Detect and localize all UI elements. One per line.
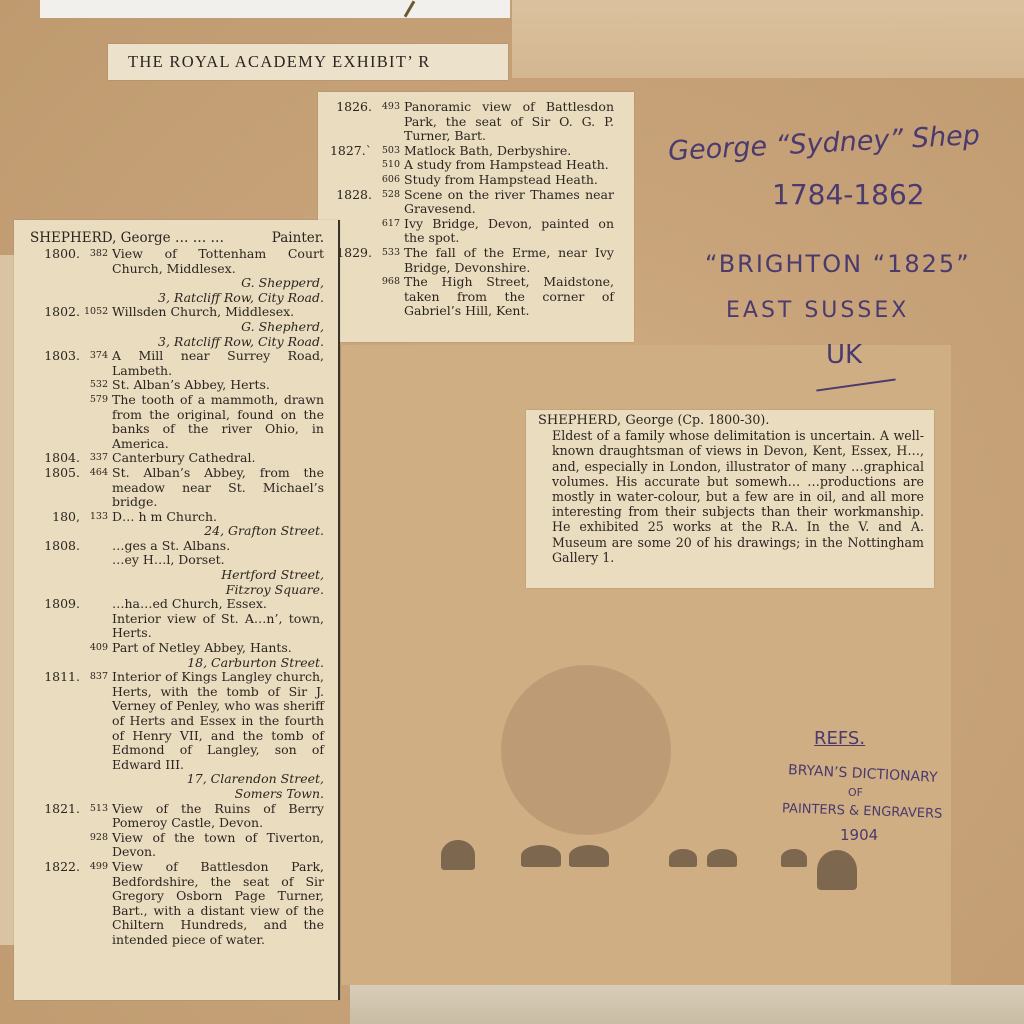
tape-strip-top [512,0,1024,78]
exhibit-title: View of the town of Tiverton, Devon. [112,831,324,860]
exhibit-entry: 606Study from Hampstead Heath. [322,173,614,188]
handwritten-refs-heading: REFS. [814,728,865,749]
exhibit-entry: 1804.337Canterbury Cathedral. [30,451,324,466]
adhesive-blot [669,849,697,867]
exhibit-number: 133 [84,510,112,525]
exhibitor-address: 3, Ratcliff Row, City Road. [30,335,324,350]
exhibit-number: 617 [376,217,404,246]
artist-role: Painter. [272,230,324,246]
exhibit-title: View of Battlesdon Park, Bedfordshire, t… [112,860,324,948]
exhibit-number: 1052 [84,305,112,320]
adhesive-blot [781,849,807,867]
exhibit-number: 579 [84,393,112,451]
address-text: 3, Ratcliff Row, City Road. [30,335,324,350]
address-text: 17, Clarendon Street, [30,772,324,787]
exhibit-entry: 1821.513View of the Ruins of Berry Pomer… [30,802,324,831]
exhibitor-address: Hertford Street, [30,568,324,583]
exhibit-title: The tooth of a mammoth, drawn from the o… [112,393,324,451]
exhibit-year: 1802. [30,305,84,320]
biography-clipping: SHEPHERD, George (Cp. 1800-30). Eldest o… [526,410,934,588]
address-text: 18, Carburton Street. [30,656,324,671]
address-text: Somers Town. [30,787,324,802]
exhibit-number: 532 [84,378,112,393]
artist-name: SHEPHERD, George … … … [30,230,224,246]
address-text: 24, Grafton Street. [30,524,324,539]
exhibit-title: …ey H…l, Dorset. [112,553,324,568]
exhibit-year [30,553,84,568]
exhibit-entry: 968The High Street, Maidstone, taken fro… [322,275,614,319]
address-text: Hertford Street, [30,568,324,583]
handwritten-life-dates: 1784-1862 [772,178,925,211]
exhibit-year: 1821. [30,802,84,831]
exhibit-number: 499 [84,860,112,948]
exhibit-entry: 579The tooth of a mammoth, drawn from th… [30,393,324,451]
exhibit-number [84,539,112,554]
exhibit-entry: 1802.1052Willsden Church, Middlesex. [30,305,324,320]
exhibit-list: 1800.382View of Tottenham Court Church, … [30,247,324,948]
exhibit-title: Panoramic view of Battlesdon Park, the s… [404,100,614,144]
exhibit-year: 1827.` [322,144,376,159]
exhibit-entry: 532St. Alban’s Abbey, Herts. [30,378,324,393]
exhibit-title: A study from Hampstead Heath. [404,158,614,173]
exhibit-title: The High Street, Maidstone, taken from t… [404,275,614,319]
exhibit-year [30,393,84,451]
exhibit-number: 606 [376,173,404,188]
exhibit-entry: 1809.…ha…ed Church, Essex. [30,597,324,612]
exhibit-entry: 1811.837Interior of Kings Langley church… [30,670,324,772]
exhibit-number: 503 [376,144,404,159]
water-stain [501,665,671,835]
exhibit-number [84,597,112,612]
handwritten-refs-year: 1904 [840,826,878,844]
exhibit-number: 464 [84,466,112,510]
bio-name: SHEPHERD, George [538,413,673,428]
exhibit-title: Scene on the river Thames near Gravesend… [404,188,614,217]
bio-dates: (Cp. 1800-30). [673,412,769,427]
exhibit-year: 1809. [30,597,84,612]
exhibitor-address: G. Shepherd, [30,320,324,335]
adhesive-blot [707,849,737,867]
exhibit-title: Willsden Church, Middlesex. [112,305,324,320]
handwritten-refs-line: OF [848,786,863,799]
exhibit-year [30,641,84,656]
address-text: G. Shepherd, [30,320,324,335]
exhibit-entry: 1829.533The fall of the Erme, near Ivy B… [322,246,614,275]
exhibit-year: 1808. [30,539,84,554]
exhibitor-address: 3, Ratcliff Row, City Road. [30,291,324,306]
bio-body: Eldest of a family whose delimitation is… [538,428,924,565]
exhibit-entry: 1826.493Panoramic view of Battlesdon Par… [322,100,614,144]
exhibit-year: 1811. [30,670,84,772]
background-wall [40,0,510,18]
exhibit-number [84,612,112,641]
exhibit-number: 928 [84,831,112,860]
exhibit-number: 528 [376,188,404,217]
handwritten-country: UK [826,340,862,370]
exhibit-number: 533 [376,246,404,275]
exhibit-number: 493 [376,100,404,144]
exhibit-title: Canterbury Cathedral. [112,451,324,466]
exhibit-year: 1822. [30,860,84,948]
exhibit-title: …ha…ed Church, Essex. [112,597,324,612]
exhibitor-address: 24, Grafton Street. [30,524,324,539]
exhibit-title: View of Tottenham Court Church, Middlese… [112,247,324,276]
address-text: G. Shepperd, [30,276,324,291]
exhibit-entry: 1827.`503Matlock Bath, Derbyshire. [322,144,614,159]
exhibit-number: 837 [84,670,112,772]
exhibit-number: 337 [84,451,112,466]
clipping-title: THE ROYAL ACADEMY EXHIBIT’ R [128,52,431,72]
exhibitor-address: 18, Carburton Street. [30,656,324,671]
exhibit-title: Interior of Kings Langley church, Herts,… [112,670,324,772]
exhibitor-address: Fitzroy Square. [30,583,324,598]
exhibit-year: 180, [30,510,84,525]
exhibit-number: 510 [376,158,404,173]
exhibit-number: 513 [84,802,112,831]
exhibit-year [30,831,84,860]
exhibit-title: A Mill near Surrey Road, Lambeth. [112,349,324,378]
exhibitor-address: G. Shepperd, [30,276,324,291]
exhibit-entry: 510A study from Hampstead Heath. [322,158,614,173]
exhibit-entry: …ey H…l, Dorset. [30,553,324,568]
exhibit-title: Interior view of St. A…n’, town, Herts. [112,612,324,641]
exhibit-title: Matlock Bath, Derbyshire. [404,144,614,159]
exhibit-title: St. Alban’s Abbey, from the meadow near … [112,466,324,510]
exhibit-year: 1803. [30,349,84,378]
address-text: 3, Ratcliff Row, City Road. [30,291,324,306]
exhibit-number [84,553,112,568]
exhibit-title: Part of Netley Abbey, Hants. [112,641,324,656]
tape-strip-bottom [350,985,1024,1024]
exhibit-entry: 180,133D… h m Church. [30,510,324,525]
exhibit-year: 1826. [322,100,376,144]
exhibit-year [322,173,376,188]
exhibit-number: 968 [376,275,404,319]
exhibit-entry: 1805.464St. Alban’s Abbey, from the mead… [30,466,324,510]
handwritten-artwork-title: “BRIGHTON “1825” [705,250,971,278]
exhibit-entry: Interior view of St. A…n’, town, Herts. [30,612,324,641]
entry-heading: SHEPHERD, George … … … Painter. [30,230,324,246]
adhesive-blot [521,845,561,867]
exhibit-entry: 1800.382View of Tottenham Court Church, … [30,247,324,276]
exhibit-title: Study from Hampstead Heath. [404,173,614,188]
exhibit-number: 382 [84,247,112,276]
address-text: Fitzroy Square. [30,583,324,598]
exhibitor-address: 17, Clarendon Street, [30,772,324,787]
royal-academy-title-clipping: THE ROYAL ACADEMY EXHIBIT’ R [108,44,508,80]
exhibit-title: St. Alban’s Abbey, Herts. [112,378,324,393]
exhibit-year: 1800. [30,247,84,276]
exhibit-year: 1828. [322,188,376,217]
exhibit-entry: 617Ivy Bridge, Devon, painted on the spo… [322,217,614,246]
exhibit-year [30,612,84,641]
exhibition-list-clipping-continued: 1826.493Panoramic view of Battlesdon Par… [318,92,634,342]
exhibit-title: The fall of the Erme, near Ivy Bridge, D… [404,246,614,275]
exhibit-entry: 1808.…ges a St. Albans. [30,539,324,554]
adhesive-blot [569,845,609,867]
exhibit-entry: 1822.499View of Battlesdon Park, Bedford… [30,860,324,948]
exhibit-entry: 1803.374A Mill near Surrey Road, Lambeth… [30,349,324,378]
exhibit-year [322,158,376,173]
exhibit-year: 1804. [30,451,84,466]
exhibit-title: View of the Ruins of Berry Pomeroy Castl… [112,802,324,831]
handwritten-county: EAST SUSSEX [726,298,909,323]
exhibit-title: Ivy Bridge, Devon, painted on the spot. [404,217,614,246]
exhibit-year: 1805. [30,466,84,510]
exhibit-entry: 1828.528Scene on the river Thames near G… [322,188,614,217]
exhibit-title: …ges a St. Albans. [112,539,324,554]
exhibit-title: D… h m Church. [112,510,324,525]
exhibit-entry: 409Part of Netley Abbey, Hants. [30,641,324,656]
exhibition-list-clipping: SHEPHERD, George … … … Painter. 1800.382… [14,220,340,1000]
adhesive-blot [441,840,475,870]
exhibit-entry: 928View of the town of Tiverton, Devon. [30,831,324,860]
exhibit-year [30,378,84,393]
adhesive-blot [817,850,857,890]
exhibit-number: 409 [84,641,112,656]
exhibitor-address: Somers Town. [30,787,324,802]
exhibit-number: 374 [84,349,112,378]
